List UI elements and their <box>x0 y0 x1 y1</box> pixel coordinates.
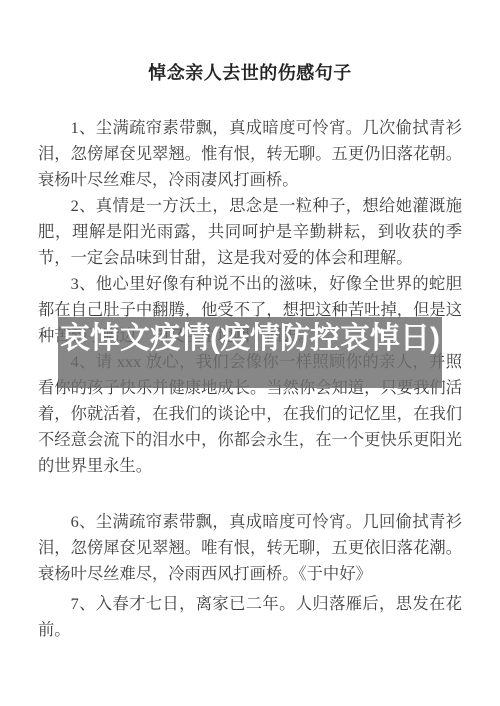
watermark-overlay: 哀悼文疫情(疫情防控哀悼日) <box>58 317 442 388</box>
overlay-title: 哀悼文疫情(疫情防控哀悼日) <box>58 317 442 358</box>
paragraph-7: 7、入春才七日，离家已二年。人归落雁后，思发在花前。 <box>38 591 462 643</box>
document-title: 悼念亲人去世的伤感句子 <box>0 0 500 85</box>
document-page: 悼念亲人去世的伤感句子 1、尘满疏帘素带飘，真成暗度可怜宵。几次偷拭青衫泪，忽傍… <box>0 0 500 706</box>
paragraph-6: 6、尘满疏帘素带飘，真成暗度可怜宵。几回偷拭青衫泪，忽傍犀奁见翠翘。唯有恨，转无… <box>38 509 462 587</box>
paragraph-1: 1、尘满疏帘素带飘，真成暗度可怜宵。几次偷拭青衫泪，忽傍犀奁见翠翘。惟有恨，转无… <box>38 115 462 193</box>
paragraph-2: 2、真情是一方沃土，思念是一粒种子，想给她灌溉施肥，理解是阳光雨露，共同呵护是辛… <box>38 193 462 271</box>
